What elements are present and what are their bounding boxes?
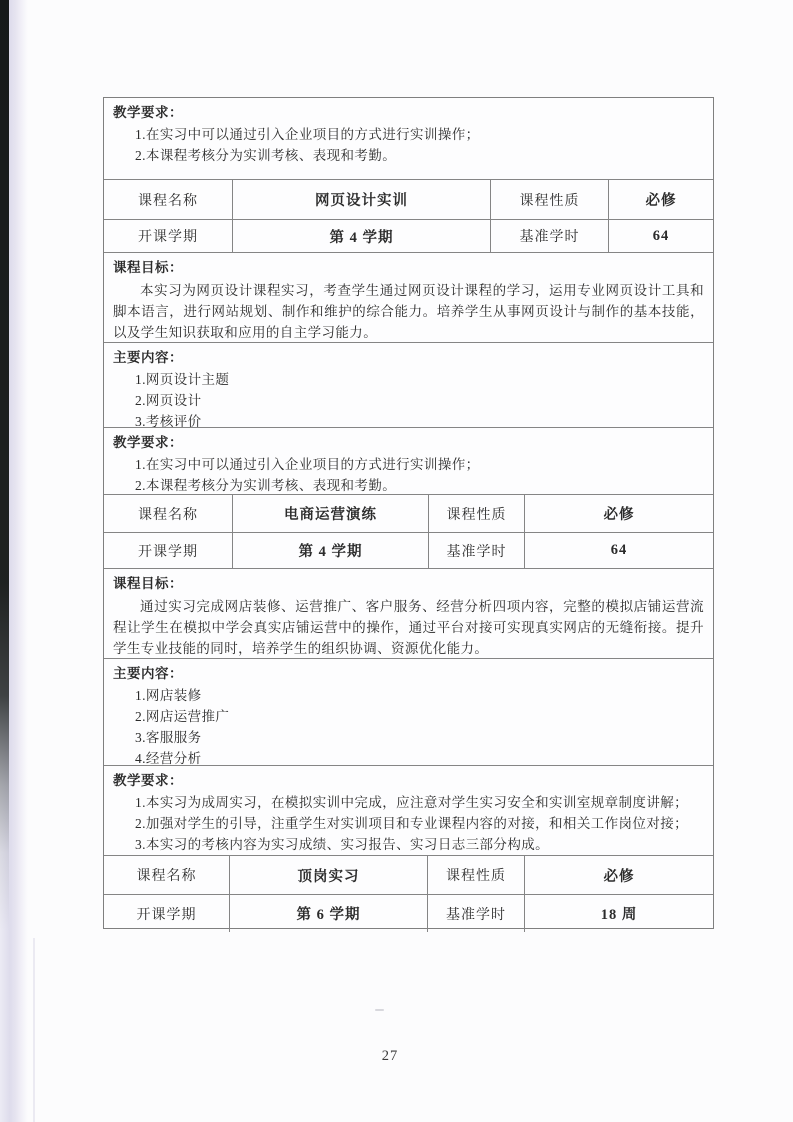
requirement-item: 2.本课程考核分为实训考核、表现和考勤。 (135, 475, 704, 494)
content-item: 2.网页设计 (135, 390, 704, 411)
requirement-item: 2.本课程考核分为实训考核、表现和考勤。 (135, 145, 704, 166)
table-row: 开课学期 第 4 学期 基准学时 64 (104, 219, 713, 252)
course-info-table-1: 课程名称 网页设计实训 课程性质 必修 开课学期 第 4 学期 基准学时 64 (104, 179, 713, 252)
table-row: 开课学期 第 4 学期 基准学时 64 (104, 532, 713, 568)
cell-course-name-value: 电商运营演练 (232, 495, 428, 532)
cell-course-type-value: 必修 (524, 495, 713, 532)
cell-semester-label: 开课学期 (104, 895, 229, 932)
scan-edge-line (33, 938, 35, 1122)
table-row: 课程名称 网页设计实训 课程性质 必修 (104, 180, 713, 219)
content-item: 1.网店装修 (135, 685, 704, 706)
table-row: 课程名称 电商运营演练 课程性质 必修 (104, 495, 713, 532)
cell-semester-value: 第 4 学期 (232, 220, 490, 252)
cell-hours-value: 64 (524, 533, 713, 568)
cell-hours-label: 基准学时 (428, 533, 524, 568)
content-list: 1.网店装修 2.网店运营推广 3.客服服务 4.经营分析 (113, 685, 704, 765)
cell-course-name-label: 课程名称 (104, 856, 229, 894)
requirement-list: 1.在实习中可以通过引入企业项目的方式进行实训操作； 2.本课程考核分为实训考核… (113, 124, 704, 166)
cell-hours-label: 基准学时 (490, 220, 608, 252)
cell-course-name-label: 课程名称 (104, 495, 232, 532)
section-title: 主要内容： (113, 347, 704, 369)
requirement-list: 1.在实习中可以通过引入企业项目的方式进行实训操作； 2.本课程考核分为实训考核… (113, 454, 704, 494)
requirement-item: 2.加强对学生的引导，注重学生对实训项目和专业课程内容的对接，和相关工作岗位对接… (135, 813, 704, 834)
cell-course-name-value: 顶岗实习 (229, 856, 427, 894)
section-title: 课程目标： (113, 573, 704, 595)
cell-course-name-label: 课程名称 (104, 180, 232, 219)
section-title: 课程目标： (113, 257, 704, 279)
content-item: 1.网页设计主题 (135, 369, 704, 390)
requirement-item: 1.在实习中可以通过引入企业项目的方式进行实训操作； (135, 454, 704, 475)
section-teaching-requirements-2: 教学要求： 1.在实习中可以通过引入企业项目的方式进行实训操作； 2.本课程考核… (104, 427, 713, 494)
requirement-item: 3.本实习的考核内容为实习成绩、实习报告、实习日志三部分构成。 (135, 834, 704, 855)
section-teaching-requirements-1: 教学要求： 1.在实习中可以通过引入企业项目的方式进行实训操作； 2.本课程考核… (104, 98, 713, 179)
table-row: 开课学期 第 6 学期 基准学时 18 周 (104, 894, 713, 932)
content-item: 4.经营分析 (135, 748, 704, 765)
requirement-item: 1.在实习中可以通过引入企业项目的方式进行实训操作； (135, 124, 704, 145)
table-row: 课程名称 顶岗实习 课程性质 必修 (104, 856, 713, 894)
content-item: 3.考核评价 (135, 411, 704, 427)
goal-paragraph: 通过实习完成网店装修、运营推广、客户服务、经营分析四项内容，完整的模拟店铺运营流… (113, 596, 704, 658)
scan-speck (375, 1009, 384, 1011)
cell-semester-label: 开课学期 (104, 220, 232, 252)
section-title: 主要内容： (113, 663, 704, 685)
cell-hours-value: 64 (608, 220, 713, 252)
cell-hours-label: 基准学时 (427, 895, 524, 932)
page-number: 27 (350, 1048, 430, 1065)
requirement-item: 1.本实习为成周实习，在模拟实训中完成，应注意对学生实习安全和实训室规章制度讲解… (135, 792, 704, 813)
section-teaching-requirements-3: 教学要求： 1.本实习为成周实习，在模拟实训中完成，应注意对学生实习安全和实训室… (104, 765, 713, 855)
content-item: 2.网店运营推广 (135, 706, 704, 727)
cell-course-type-label: 课程性质 (428, 495, 524, 532)
section-title: 教学要求： (113, 432, 704, 454)
content-item: 3.客服服务 (135, 727, 704, 748)
cell-course-name-value: 网页设计实训 (232, 180, 490, 219)
cell-course-type-label: 课程性质 (490, 180, 608, 219)
cell-course-type-label: 课程性质 (427, 856, 524, 894)
cell-course-type-value: 必修 (524, 856, 713, 894)
section-course-goal-1: 课程目标： 本实习为网页设计课程实习，考查学生通过网页设计课程的学习，运用专业网… (104, 252, 713, 342)
section-course-goal-2: 课程目标： 通过实习完成网店装修、运营推广、客户服务、经营分析四项内容，完整的模… (104, 568, 713, 658)
section-main-content-2: 主要内容： 1.网店装修 2.网店运营推广 3.客服服务 4.经营分析 (104, 658, 713, 765)
content-list: 1.网页设计主题 2.网页设计 3.考核评价 (113, 369, 704, 427)
cell-semester-value: 第 4 学期 (232, 533, 428, 568)
section-title: 教学要求： (113, 102, 704, 124)
cell-semester-value: 第 6 学期 (229, 895, 427, 932)
requirement-list: 1.本实习为成周实习，在模拟实训中完成，应注意对学生实习安全和实训室规章制度讲解… (113, 792, 704, 855)
cell-semester-label: 开课学期 (104, 533, 232, 568)
cell-course-type-value: 必修 (608, 180, 713, 219)
section-title: 教学要求： (113, 770, 704, 792)
syllabus-table: 教学要求： 1.在实习中可以通过引入企业项目的方式进行实训操作； 2.本课程考核… (103, 97, 714, 929)
cell-hours-value: 18 周 (524, 895, 713, 932)
scan-edge-black-strip (0, 0, 9, 1122)
course-info-table-3: 课程名称 顶岗实习 课程性质 必修 开课学期 第 6 学期 基准学时 18 周 (104, 855, 713, 932)
course-info-table-2: 课程名称 电商运营演练 课程性质 必修 开课学期 第 4 学期 基准学时 64 (104, 494, 713, 568)
section-main-content-1: 主要内容： 1.网页设计主题 2.网页设计 3.考核评价 (104, 342, 713, 427)
goal-paragraph: 本实习为网页设计课程实习，考查学生通过网页设计课程的学习，运用专业网页设计工具和… (113, 280, 704, 342)
